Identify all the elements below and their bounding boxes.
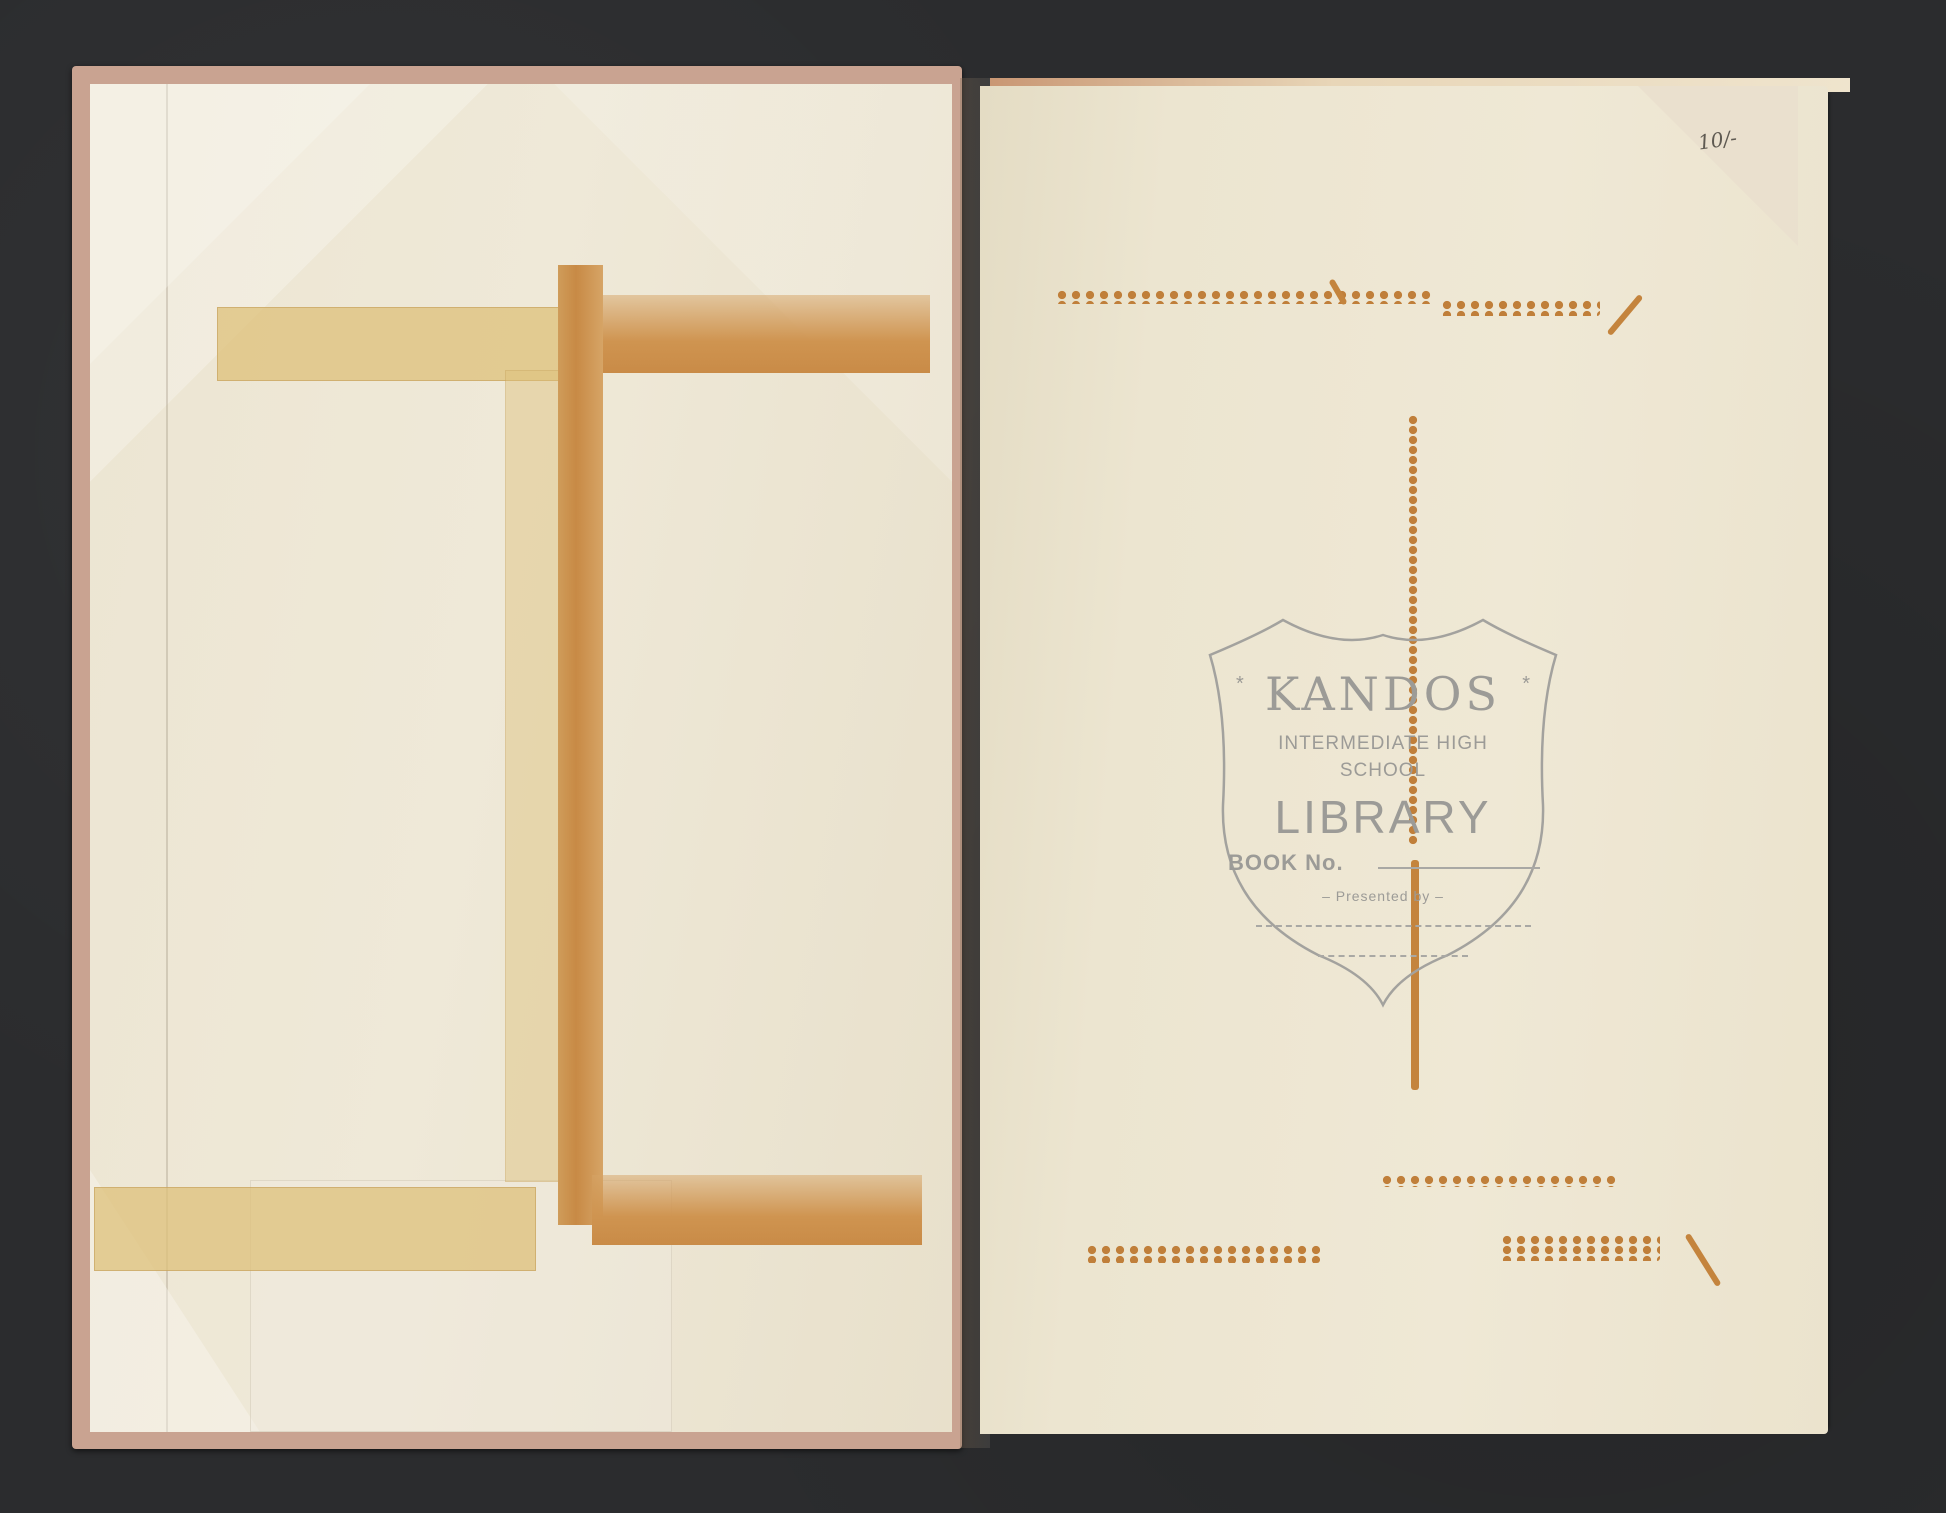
stamp-line-school: SCHOOL: [1198, 760, 1568, 782]
stamp-blank-line-2: [1318, 955, 1468, 957]
stamp-blank-line-1: [1256, 925, 1531, 927]
tape-residue-top: [1055, 290, 1435, 304]
tape-bottom-left-segment: [94, 1187, 536, 1271]
tape-residue-top-right: [1440, 300, 1600, 316]
tape-top-right-segment: [600, 295, 930, 373]
stamp-presented-by: – Presented by –: [1198, 888, 1568, 904]
folded-corner: [1638, 86, 1798, 246]
tape-bottom-right-segment: [592, 1175, 922, 1245]
tape-residue-bottom-right: [1500, 1235, 1660, 1261]
stamp-library: LIBRARY: [1198, 790, 1568, 844]
stamp-book-number-line: [1378, 867, 1540, 869]
tape-vertical-dark: [558, 265, 603, 1225]
library-stamp: * * KANDOS INTERMEDIATE HIGH SCHOOL LIBR…: [1198, 605, 1568, 1010]
tape-residue-bottom: [1085, 1245, 1320, 1263]
stamp-book-number-label: BOOK No.: [1228, 850, 1344, 876]
stamp-line-intermediate: INTERMEDIATE HIGH: [1198, 733, 1568, 755]
stamp-school-name: KANDOS: [1198, 667, 1568, 721]
tape-residue-bottom-upper: [1380, 1175, 1620, 1187]
tape-vertical-faded: [505, 370, 559, 1182]
